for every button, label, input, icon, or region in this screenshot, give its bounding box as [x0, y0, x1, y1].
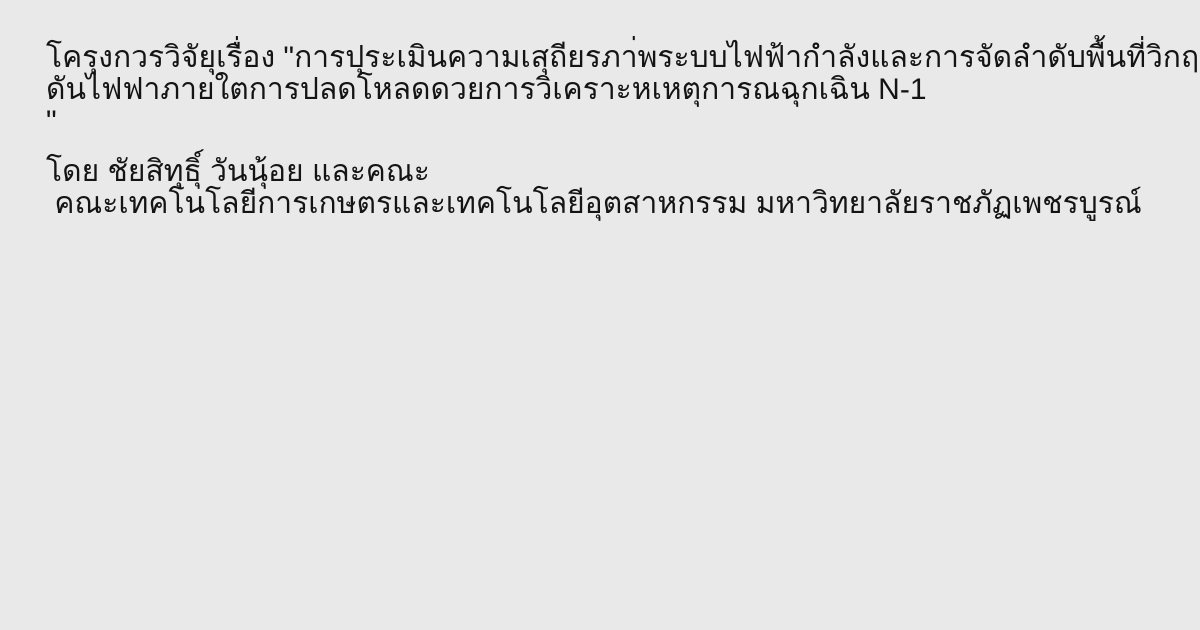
byline: โดย ชัยสิทุธุิ์ วันนุ้อย และคณะ [46, 156, 1160, 188]
project-title: โครุงกวรวิจัยุเรื่อง "การปุระเมินความเสุ… [46, 42, 1160, 138]
affiliation: คณะเทคโนโลยีการเกษตรและเทคโนโลยีอุตสาหกร… [46, 188, 1160, 220]
title-line-2: ดันไฟฟาภายใตการปลดโหลดดวยการวิเคราะหเหตุ… [46, 74, 1160, 106]
title-line-1: โครุงกวรวิจัยุเรื่อง "การปุระเมินความเสุ… [46, 42, 1160, 74]
author-affiliation: โดย ชัยสิทุธุิ์ วันนุ้อย และคณะ คณะเทคโน… [46, 156, 1160, 220]
title-closing-quote: " [46, 106, 1160, 138]
og-text-card: โครุงกวรวิจัยุเรื่อง "การปุระเมินความเสุ… [0, 0, 1200, 630]
